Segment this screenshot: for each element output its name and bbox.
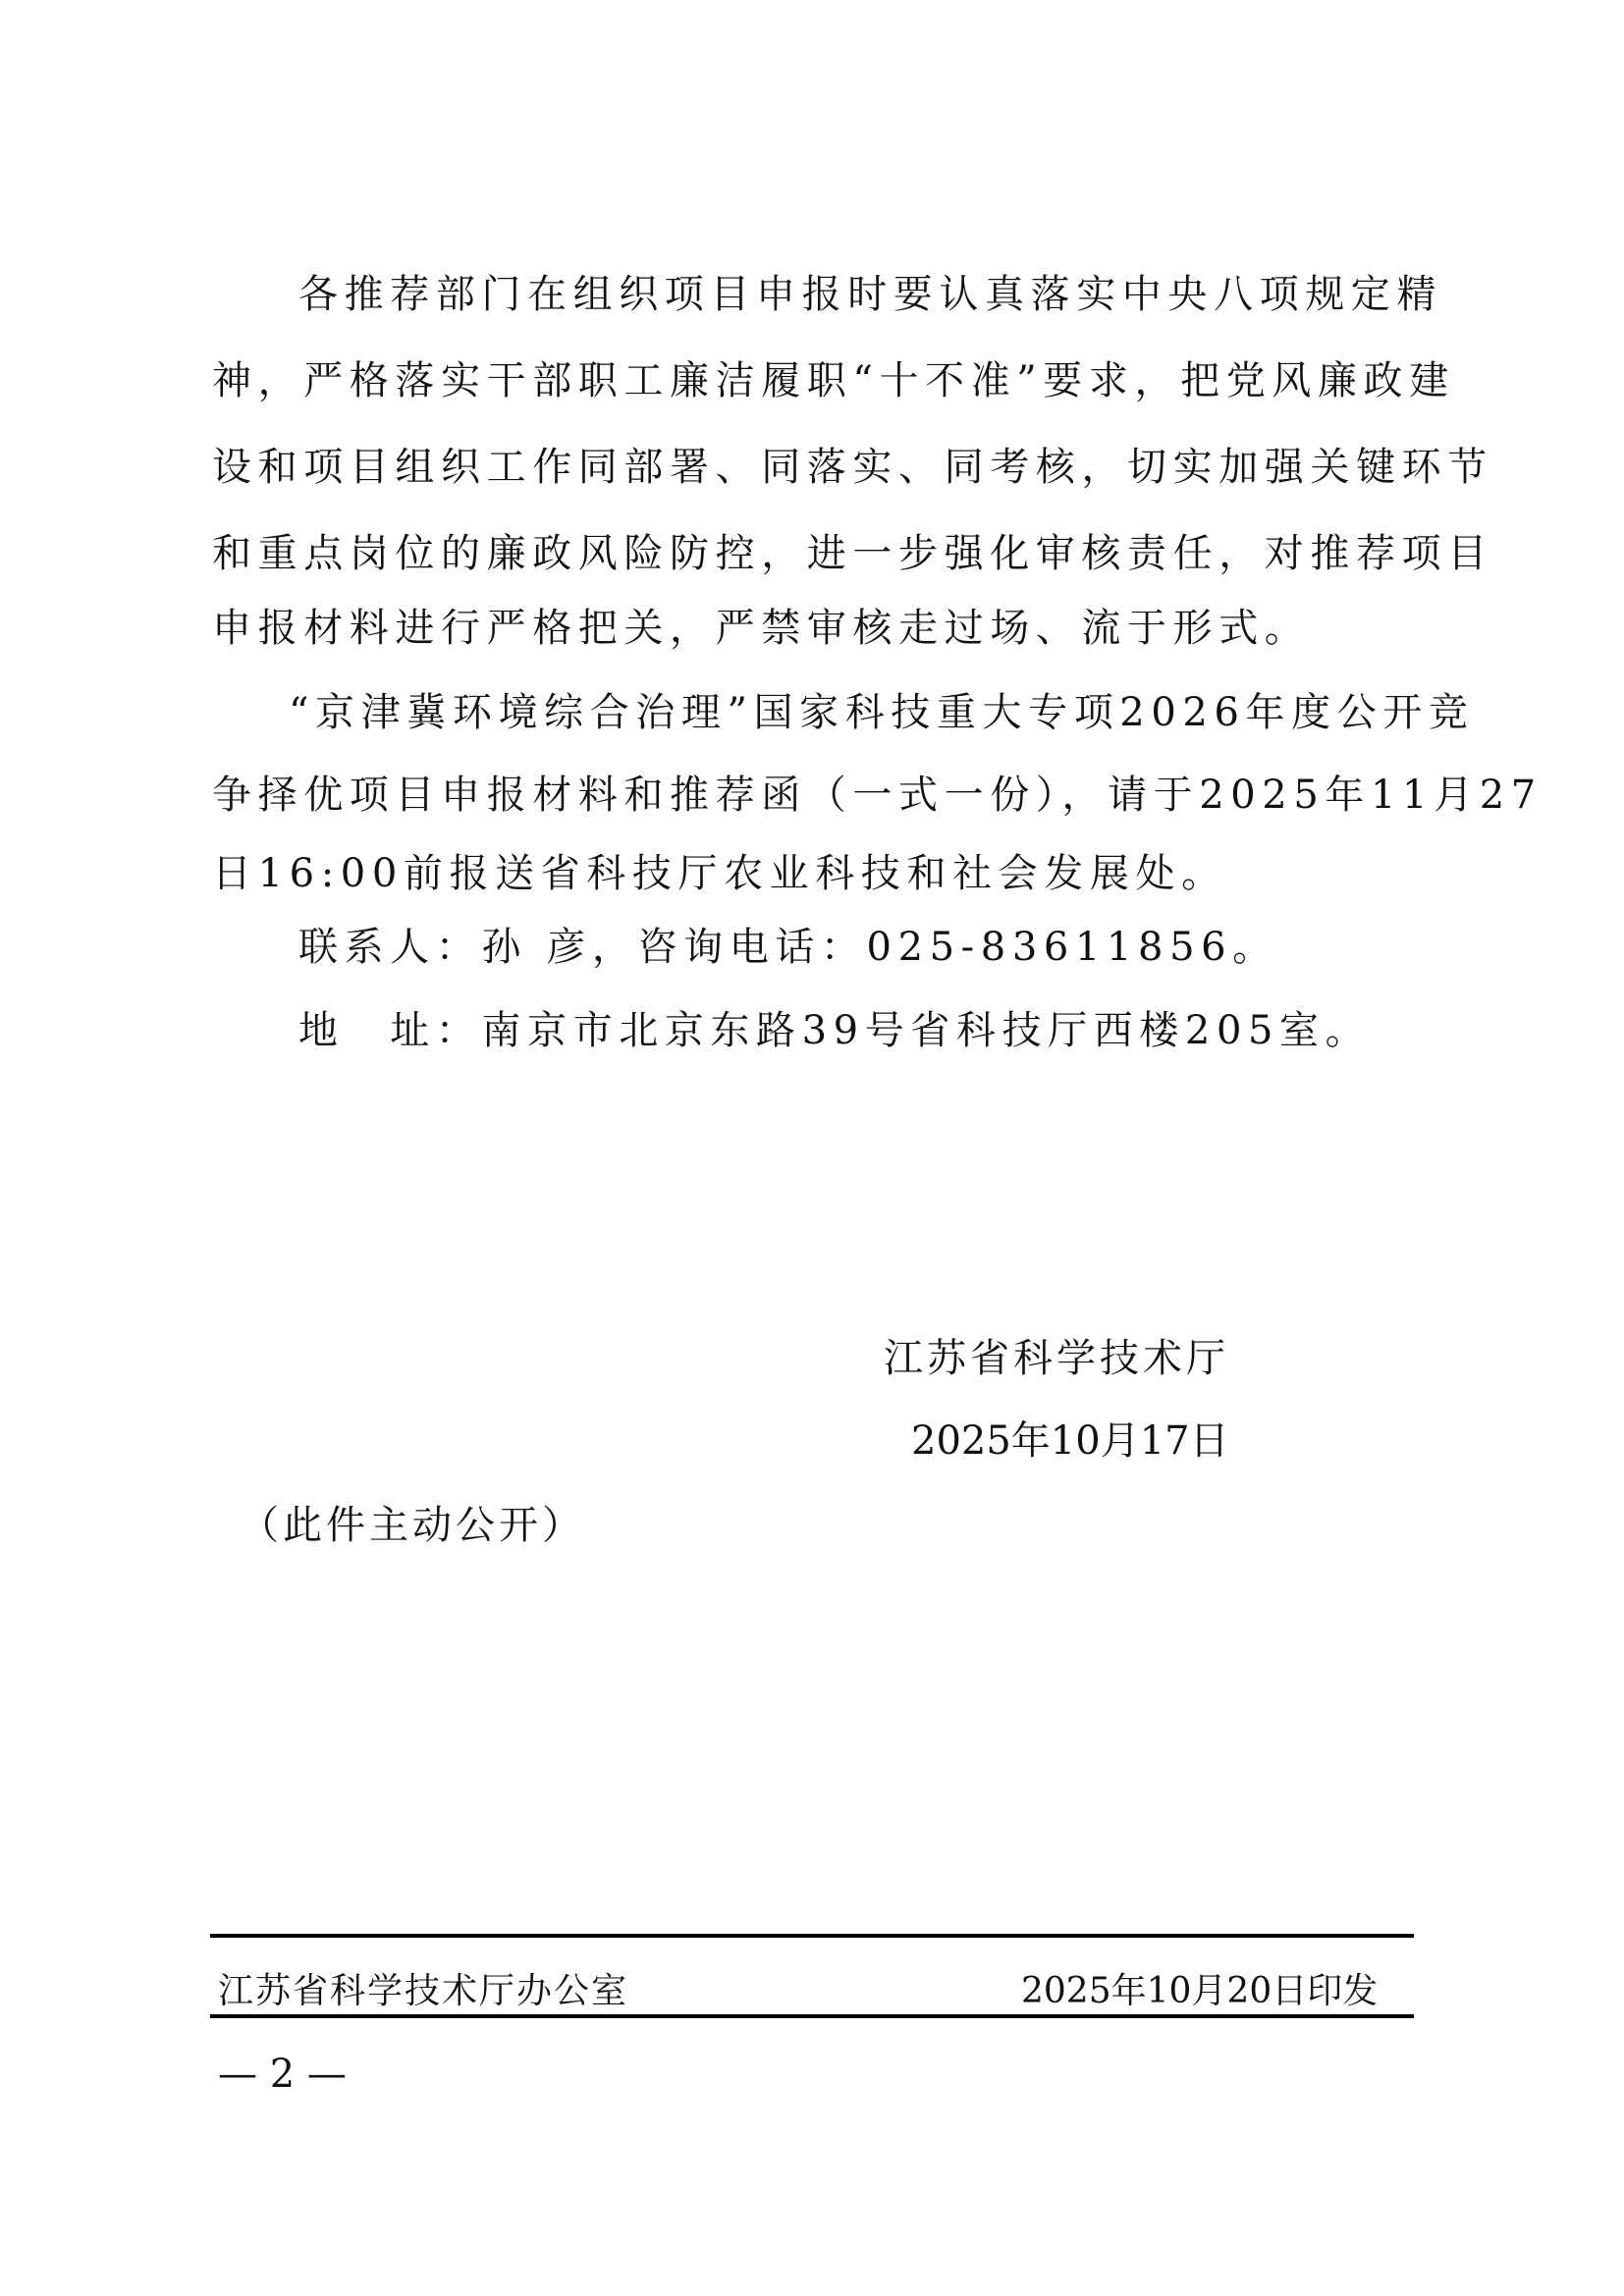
imprint-top-rule — [210, 1934, 1414, 1938]
paragraph-line: 申报材料进行严格把关，严禁审核走过场、流于形式。 — [212, 609, 1310, 648]
document-page: 各推荐部门在组织项目申报时要认真落实中央八项规定精 神，严格落实干部职工廉洁履职… — [0, 0, 1624, 2296]
page-number: — 2 — — [218, 2052, 347, 2097]
imprint-bottom-rule — [210, 2014, 1414, 2018]
signature-organization: 江苏省科学技术厅 — [884, 1327, 1229, 1383]
paragraph-line: 争择优项目申报材料和推荐函（一式一份），请于2025年11月27 — [212, 775, 1543, 815]
signature-date: 2025年10月17日 — [911, 1410, 1229, 1466]
contact-line: 联系人：孙 彦，咨询电话：025-83611856。 — [298, 928, 1278, 967]
paragraph-line: 神，严格落实干部职工廉洁履职“十不准”要求，把党风廉政建 — [212, 361, 1455, 400]
paragraph-line: “京津冀环境综合治理”国家科技重大专项2026年度公开竞 — [289, 693, 1475, 732]
paragraph-line: 和重点岗位的廉政风险防控，进一步强化审核责任，对推荐项目 — [212, 534, 1493, 573]
paragraph-line: 各推荐部门在组织项目申报时要认真落实中央八项规定精 — [298, 275, 1442, 314]
paragraph-line: 设和项目组织工作同部署、同落实、同考核，切实加强关键环节 — [212, 448, 1493, 487]
paragraph-line: 日16:00前报送省科技厅农业科技和社会发展处。 — [212, 854, 1227, 893]
address-line: 地 址：南京市北京东路39号省科技厅西楼205室。 — [298, 1011, 1371, 1050]
imprint-print-date: 2025年10月20日印发 — [1021, 1963, 1378, 2013]
disclosure-note: （此件主动公开） — [240, 1494, 585, 1550]
imprint-issuer: 江苏省科学技术厅办公室 — [218, 1963, 628, 2013]
